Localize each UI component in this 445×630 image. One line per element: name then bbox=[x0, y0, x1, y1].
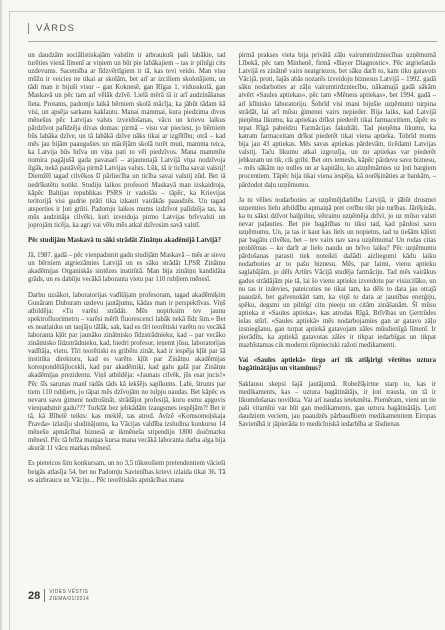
header-rule bbox=[28, 41, 437, 42]
paragraph: Ja tu vēlies nodarboties ar uzņēmējdarbī… bbox=[239, 197, 437, 351]
scan-edge-horizontal-line bbox=[9, 11, 445, 12]
right-column: pirmā prakses vieta bija privātā zāļu va… bbox=[239, 52, 437, 492]
interview-question: Vai «Saules aptiekā» tirgo arī tik atšķi… bbox=[239, 357, 437, 373]
interview-question: Pēc studijām Maskavā tu sāki strādāt Zin… bbox=[28, 237, 226, 245]
footer-meta: VIDES VĒSTIS ZIEMA/01/2014 bbox=[49, 589, 89, 602]
magazine-page: VĀRDS un daudzām sociālistiskajām valstī… bbox=[0, 0, 445, 630]
issue-label: ZIEMA/01/2014 bbox=[49, 596, 89, 603]
page-number: 28 bbox=[28, 590, 40, 602]
section-label: VĀRDS bbox=[36, 23, 75, 34]
section-header: VĀRDS bbox=[28, 23, 75, 34]
footer-divider bbox=[44, 589, 45, 602]
paragraph: Jā, 1987. gadā – pēc vienpadsmit gadu st… bbox=[28, 252, 226, 284]
section-header-bar bbox=[28, 23, 29, 34]
page-footer: 28 VIDES VĒSTIS ZIEMA/01/2014 bbox=[28, 589, 89, 602]
paragraph: Darbu uzsākot, laboratorijas vadītājam p… bbox=[28, 292, 226, 454]
paragraph: un daudzām sociālistiskajām valstīm ir a… bbox=[28, 52, 226, 230]
article-body: un daudzām sociālistiskajām valstīm ir a… bbox=[28, 52, 436, 492]
paragraph: pirmā prakses vieta bija privātā zāļu va… bbox=[239, 52, 437, 190]
left-column: un daudzām sociālistiskajām valstīm ir a… bbox=[28, 52, 226, 492]
scan-edge-vertical-line bbox=[9, 11, 10, 630]
paragraph: Es pieteicos šim konkursam, un no 3,5 tū… bbox=[28, 460, 226, 484]
page-edge-line bbox=[0, 0, 2, 630]
paragraph: Saklausu skepsi šajā jautājumā. Robežšķi… bbox=[239, 381, 437, 430]
